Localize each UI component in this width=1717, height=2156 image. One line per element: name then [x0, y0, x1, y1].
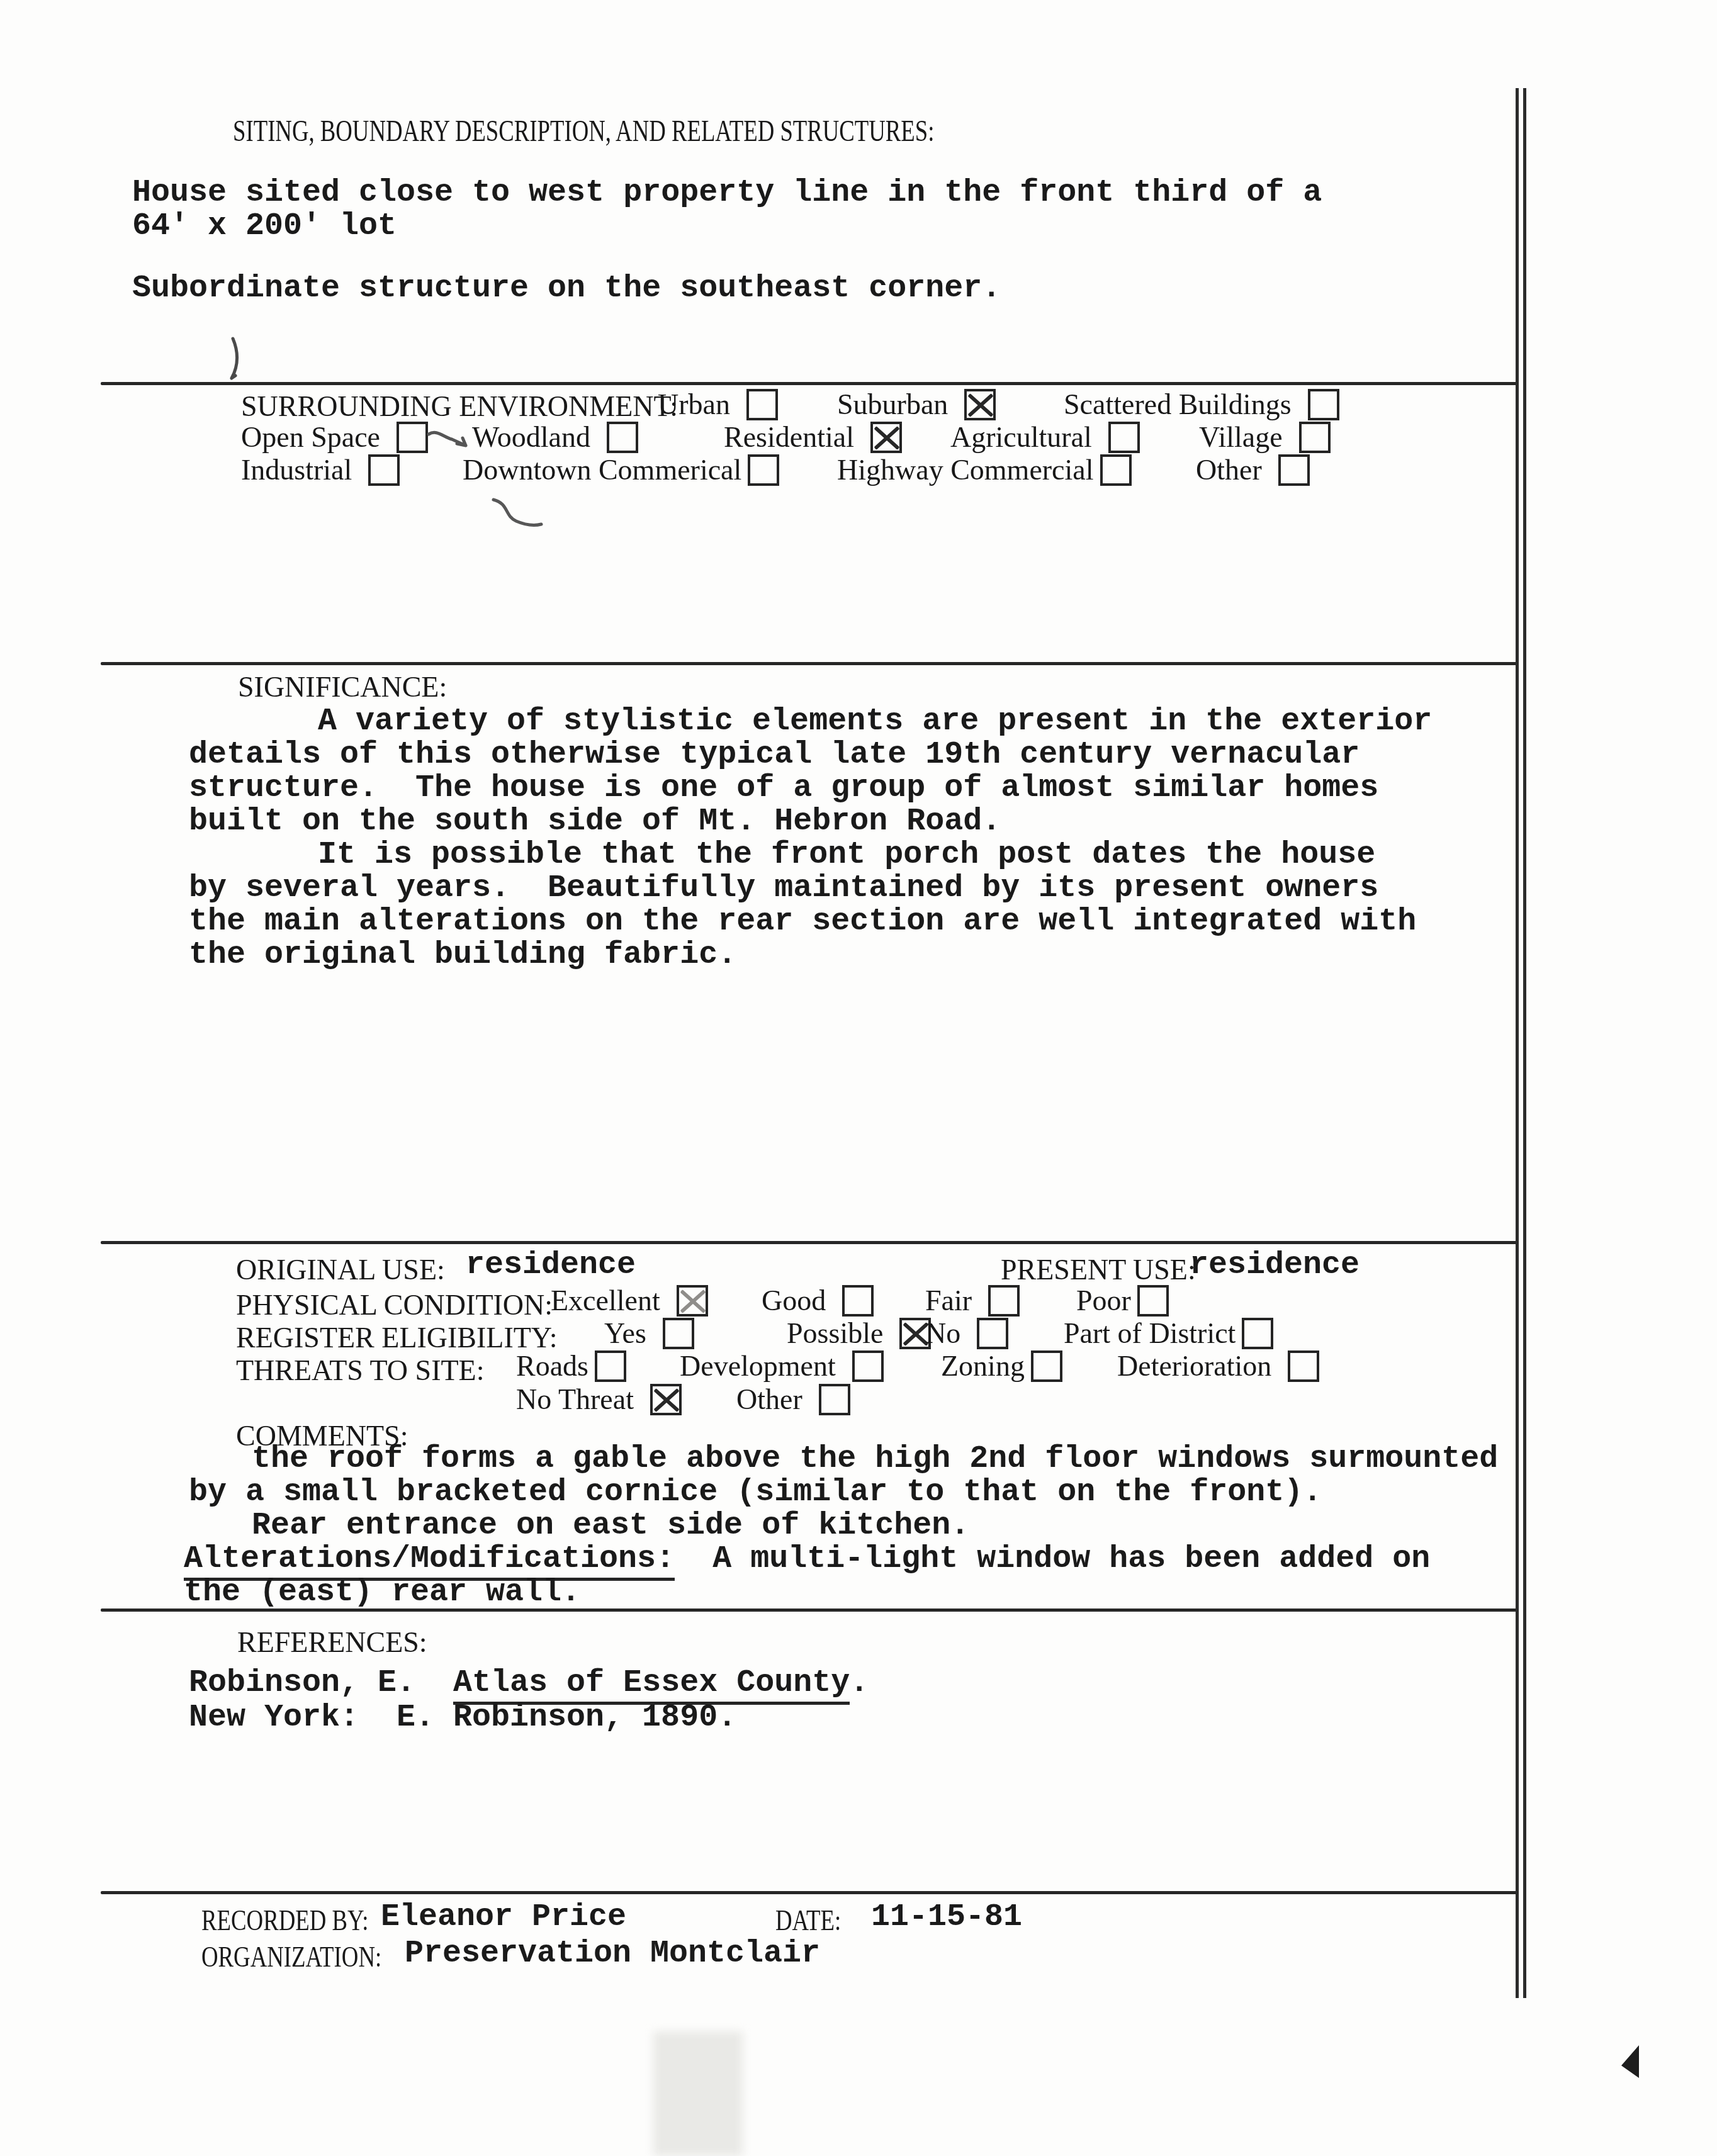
agricultural-label: Agricultural: [950, 423, 1092, 452]
field-yes: Yes: [604, 1317, 694, 1350]
checkbox-deterioration[interactable]: [1288, 1350, 1319, 1382]
field-poor: Poor: [1076, 1284, 1169, 1318]
original-use-value: residence: [466, 1249, 636, 1282]
checkbox-roads[interactable]: [595, 1350, 626, 1382]
checkbox-urban[interactable]: [746, 389, 778, 420]
date-value: 11-15-81: [871, 1901, 1022, 1934]
checkbox-suburban[interactable]: [964, 389, 996, 420]
date-label: DATE:: [775, 1906, 857, 1936]
field-urban: Urban: [658, 388, 778, 422]
stray-pen-mark: [225, 337, 247, 382]
checkbox-environment-other[interactable]: [1278, 454, 1310, 486]
downtown-commercial-label: Downtown Commerical: [463, 456, 741, 485]
checkbox-highway-commercial[interactable]: [1100, 454, 1132, 486]
reference-line-1: Robinson, E. Atlas of Essex County.: [189, 1666, 869, 1700]
significance-line: built on the south side of Mt. Hebron Ro…: [189, 805, 1001, 838]
checkbox-village[interactable]: [1299, 422, 1331, 453]
field-roads: Roads: [516, 1349, 626, 1383]
significance-line: the main alterations on the rear section…: [189, 905, 1416, 938]
significance-line: A variety of stylistic elements are pres…: [318, 705, 1432, 738]
comments-line-3: Rear entrance on east side of kitchen.: [252, 1509, 969, 1542]
field-excellent: Excellent: [551, 1284, 708, 1318]
section-divider: [101, 1241, 1519, 1244]
scan-ink-mark: [1621, 2045, 1639, 2078]
checkbox-scattered-buildings[interactable]: [1308, 389, 1339, 420]
historic-survey-form-page: SITING, BOUNDARY DESCRIPTION, AND RELATE…: [0, 0, 1717, 2156]
checkbox-zoning[interactable]: [1031, 1350, 1062, 1382]
page-edge-rule: [1523, 88, 1526, 1998]
environment-other-label: Other: [1196, 456, 1262, 485]
poor-label: Poor: [1076, 1286, 1131, 1315]
surrounding-environment-label: SURROUNDING ENVIRONMENT:: [241, 391, 678, 422]
field-part-of-district: Part of District: [1064, 1317, 1273, 1350]
field-scattered-buildings: Scattered Buildings: [1064, 388, 1339, 422]
excellent-label: Excellent: [551, 1286, 660, 1315]
deterioration-label: Deterioration: [1117, 1352, 1271, 1381]
section-divider: [101, 1609, 1519, 1612]
checkbox-poor[interactable]: [1137, 1285, 1169, 1317]
significance-line: details of this otherwise typical late 1…: [189, 738, 1360, 772]
field-downtown-commercial: Downtown Commerical: [463, 453, 779, 487]
field-deterioration: Deterioration: [1117, 1349, 1319, 1383]
no-threat-label: No Threat: [516, 1385, 634, 1414]
comments-line-5: the (east) rear wall.: [184, 1576, 580, 1609]
field-possible: Possible: [787, 1317, 931, 1350]
checkbox-threat-other[interactable]: [819, 1384, 850, 1415]
field-woodland: Woodland: [472, 420, 638, 454]
reference-line-2: New York: E. Robinson, 1890.: [189, 1701, 736, 1734]
field-village: Village: [1199, 420, 1331, 454]
field-open-space: Open Space: [241, 420, 428, 454]
checkbox-no-threat[interactable]: [650, 1384, 682, 1415]
field-residential: Residential: [724, 420, 902, 454]
significance-label: SIGNIFICANCE:: [238, 672, 447, 702]
register-eligibility-label: REGISTER ELIGIBILITY:: [236, 1323, 558, 1353]
checkbox-no[interactable]: [977, 1318, 1008, 1349]
suburban-label: Suburban: [837, 390, 948, 419]
reference-period: .: [850, 1665, 869, 1701]
significance-line: structure. The house is one of a group o…: [189, 772, 1378, 805]
significance-line: by several years. Beautifully maintained…: [189, 872, 1378, 905]
woodland-label: Woodland: [472, 423, 590, 452]
comments-line-4-text: A multi-light window has been added on: [675, 1541, 1430, 1577]
significance-line: It is possible that the front porch post…: [318, 838, 1375, 872]
checkbox-good[interactable]: [842, 1285, 874, 1317]
stray-arrow-mark: [427, 427, 475, 454]
original-use-label: ORIGINAL USE:: [236, 1255, 445, 1285]
checkbox-part-of-district[interactable]: [1242, 1318, 1273, 1349]
industrial-label: Industrial: [241, 456, 352, 485]
scattered-buildings-label: Scattered Buildings: [1064, 390, 1292, 419]
checkbox-industrial[interactable]: [368, 454, 400, 486]
field-good: Good: [762, 1284, 874, 1318]
reference-title: Atlas of Essex County: [453, 1665, 850, 1705]
highway-commercial-label: Highway Commercial: [837, 456, 1094, 485]
recorded-by-value: Eleanor Price: [381, 1901, 626, 1934]
present-use-value: residence: [1190, 1249, 1360, 1282]
section-divider: [101, 382, 1519, 385]
field-development: Development: [680, 1349, 884, 1383]
checkbox-agricultural[interactable]: [1108, 422, 1140, 453]
zoning-label: Zoning: [941, 1352, 1025, 1381]
field-threat-other: Other: [736, 1383, 850, 1417]
yes-label: Yes: [604, 1319, 646, 1348]
field-no-threat: No Threat: [516, 1383, 682, 1417]
village-label: Village: [1199, 423, 1283, 452]
field-environment-other: Other: [1196, 453, 1310, 487]
good-label: Good: [762, 1286, 826, 1315]
section-divider: [101, 662, 1519, 665]
checkbox-open-space[interactable]: [397, 422, 428, 453]
field-fair: Fair: [925, 1284, 1020, 1318]
checkbox-downtown-commercial[interactable]: [748, 454, 779, 486]
organization-value: Preservation Montclair: [405, 1937, 820, 1970]
siting-section-title-text: SITING, BOUNDARY DESCRIPTION, AND RELATE…: [233, 115, 934, 147]
siting-text-line-3: Subordinate structure on the southeast c…: [132, 272, 1001, 305]
organization-label: ORGANIZATION:: [201, 1942, 427, 1972]
checkbox-yes[interactable]: [663, 1318, 694, 1349]
checkbox-fair[interactable]: [988, 1285, 1020, 1317]
comments-line-2: by a small bracketed cornice (similar to…: [189, 1476, 1322, 1509]
checkbox-excellent[interactable]: [677, 1285, 708, 1317]
fair-label: Fair: [925, 1286, 972, 1315]
threats-to-site-label: THREATS TO SITE:: [236, 1356, 484, 1386]
comments-line-4: Alterations/Modifications: A multi-light…: [184, 1542, 1430, 1576]
possible-label: Possible: [787, 1319, 883, 1348]
siting-section-title: SITING, BOUNDARY DESCRIPTION, AND RELATE…: [233, 115, 1168, 147]
urban-label: Urban: [658, 390, 730, 419]
scan-smudge: [653, 2031, 743, 2156]
reference-author: Robinson, E.: [189, 1665, 453, 1701]
field-industrial: Industrial: [241, 453, 400, 487]
stray-squiggle-mark: [490, 496, 546, 534]
threat-other-label: Other: [736, 1385, 802, 1414]
field-highway-commercial: Highway Commercial: [837, 453, 1132, 487]
development-label: Development: [680, 1352, 836, 1381]
open-space-label: Open Space: [241, 423, 380, 452]
page-edge-rule: [1516, 88, 1519, 1998]
references-label: REFERENCES:: [237, 1627, 427, 1658]
checkbox-development[interactable]: [852, 1350, 884, 1382]
siting-text-line-2: 64' x 200' lot: [132, 210, 397, 243]
part-of-district-label: Part of District: [1064, 1319, 1236, 1348]
siting-text-line-1: House sited close to west property line …: [132, 176, 1322, 210]
recorded-by-label: RECORDED BY:: [201, 1906, 410, 1936]
significance-line: the original building fabric.: [189, 938, 736, 972]
section-divider: [101, 1891, 1519, 1894]
no-label: No: [925, 1319, 960, 1348]
field-zoning: Zoning: [941, 1349, 1062, 1383]
roads-label: Roads: [516, 1352, 588, 1381]
checkbox-woodland[interactable]: [607, 422, 638, 453]
comments-line-1: the roof forms a gable above the high 2n…: [252, 1442, 1498, 1476]
checkbox-residential[interactable]: [870, 422, 902, 453]
field-suburban: Suburban: [837, 388, 996, 422]
field-agricultural: Agricultural: [950, 420, 1140, 454]
residential-label: Residential: [724, 423, 854, 452]
present-use-label: PRESENT USE:: [1001, 1255, 1196, 1285]
field-no: No: [925, 1317, 1008, 1350]
physical-condition-label: PHYSICAL CONDITION:: [236, 1290, 553, 1320]
